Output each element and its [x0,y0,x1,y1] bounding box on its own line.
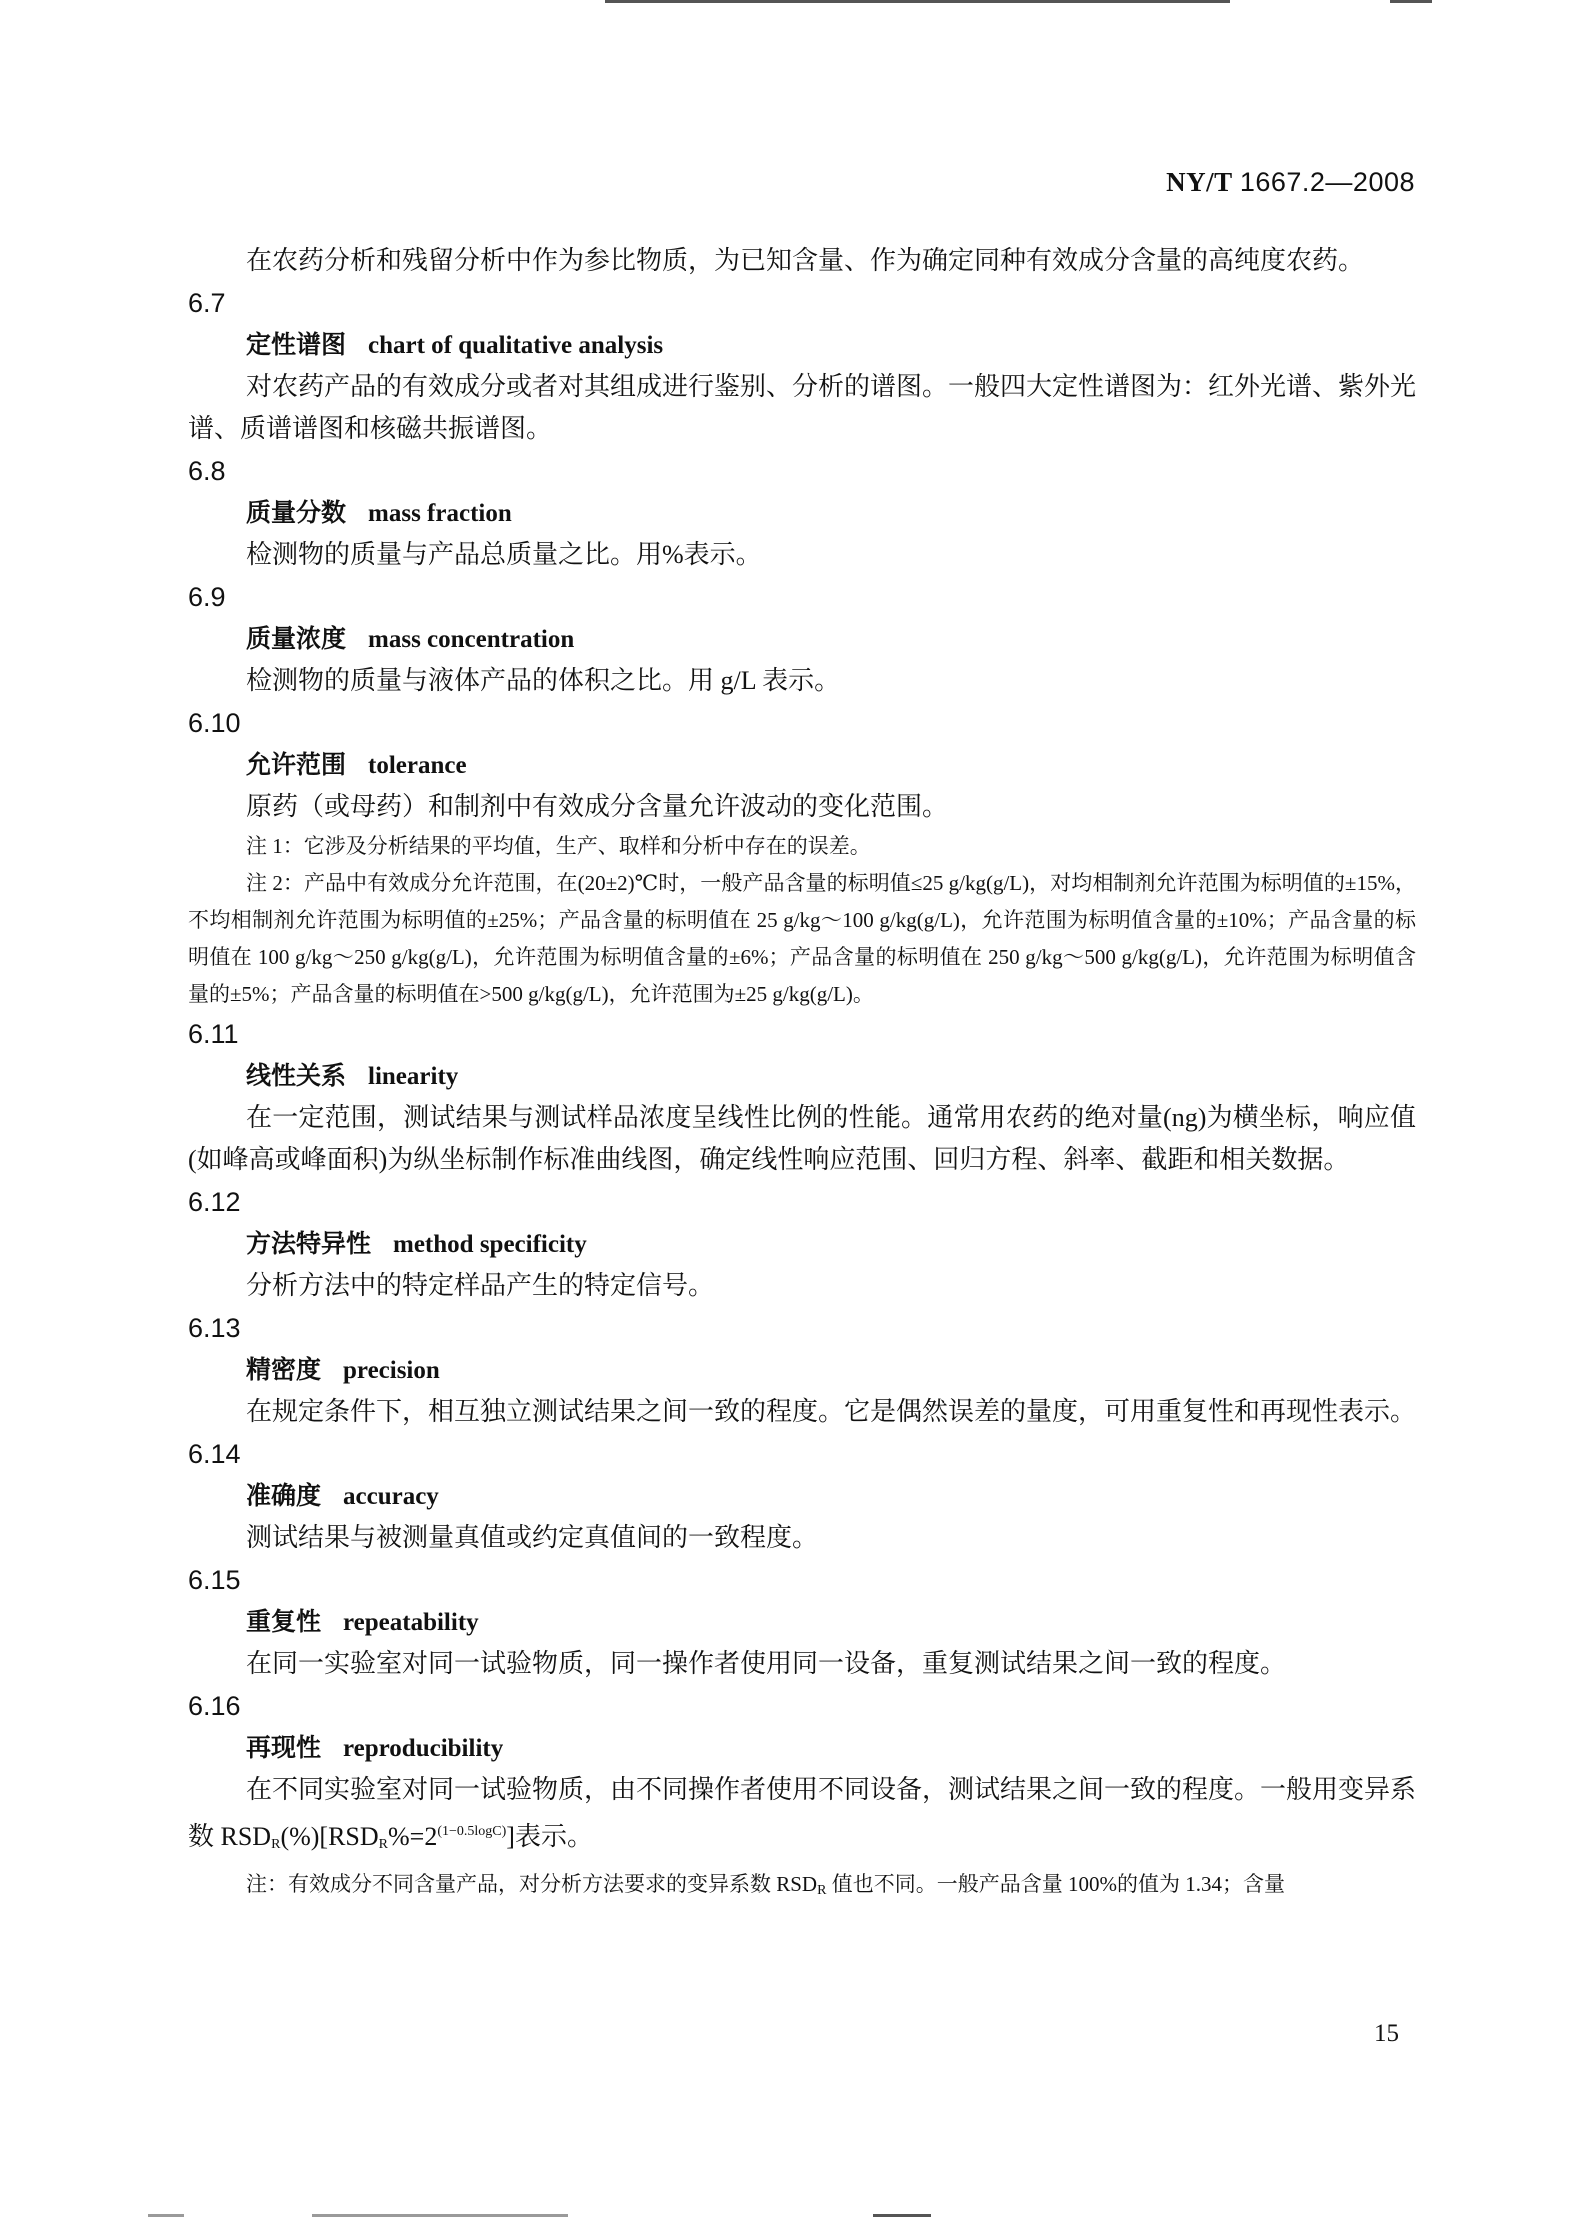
document-body: 在农药分析和残留分析中作为参比物质，为已知含量、作为确定同种有效成分含量的高纯度… [188,240,1416,1909]
term-heading: 精密度precision [188,1349,1416,1391]
term-heading: 定性谱图chart of qualitative analysis [188,324,1416,366]
definition: 分析方法中的特定样品产生的特定信号。 [188,1265,1416,1307]
note-1: 注 1：它涉及分析结果的平均值，生产、取样和分析中存在的误差。 [188,828,1416,865]
term-en: linearity [368,1063,458,1090]
page-number: 15 [1374,2020,1399,2048]
definition: 检测物的质量与液体产品的体积之比。用 g/L 表示。 [188,660,1416,702]
term-en: precision [343,1357,440,1384]
term-en: mass concentration [368,626,574,653]
term-heading: 质量分数mass fraction [188,492,1416,534]
definition: 在规定条件下，相互独立测试结果之间一致的程度。它是偶然误差的量度，可用重复性和再… [188,1391,1416,1433]
definition: 检测物的质量与产品总质量之比。用%表示。 [188,534,1416,576]
term-heading: 重复性repeatability [188,1601,1416,1643]
term-cn: 准确度 [246,1481,321,1510]
term-en: tolerance [368,752,467,779]
standard-prefix: NY/T [1166,167,1233,197]
section-number: 6.16 [188,1685,1416,1727]
definition: 原药（或母药）和制剂中有效成分含量允许波动的变化范围。 [188,786,1416,828]
term-heading: 线性关系linearity [188,1055,1416,1097]
standard-number: 1667.2—2008 [1240,167,1415,197]
term-heading: 准确度accuracy [188,1475,1416,1517]
formula-exponent: (1−0.5logC) [437,1824,506,1839]
term-cn: 方法特异性 [246,1229,371,1258]
bottom-scan-bar [312,2214,568,2217]
section-number: 6.10 [188,702,1416,744]
section-number: 6.13 [188,1307,1416,1349]
section-number: 6.14 [188,1433,1416,1475]
term-heading: 允许范围tolerance [188,744,1416,786]
term-cn: 质量分数 [246,498,346,527]
term-en: accuracy [343,1483,439,1510]
top-scan-bar-right [1390,0,1432,3]
term-cn: 允许范围 [246,750,346,779]
term-cn: 重复性 [246,1607,321,1636]
term-cn: 线性关系 [246,1061,346,1090]
top-scan-bar [605,0,1230,3]
section-number: 6.11 [188,1013,1416,1055]
definition: 测试结果与被测量真值或约定真值间的一致程度。 [188,1517,1416,1559]
section-number: 6.8 [188,450,1416,492]
term-heading: 方法特异性method specificity [188,1223,1416,1265]
term-en: chart of qualitative analysis [368,332,663,359]
section-number: 6.9 [188,576,1416,618]
term-cn: 再现性 [246,1733,321,1762]
bottom-scan-bar [148,2214,184,2217]
term-cn: 质量浓度 [246,624,346,653]
section-number: 6.7 [188,282,1416,324]
section-number: 6.15 [188,1559,1416,1601]
term-en: repeatability [343,1609,479,1636]
note-2: 注 2：产品中有效成分允许范围，在(20±2)℃时，一般产品含量的标明值≤25 … [188,865,1416,1013]
intro-paragraph: 在农药分析和残留分析中作为参比物质，为已知含量、作为确定同种有效成分含量的高纯度… [188,240,1416,282]
section-number: 6.12 [188,1181,1416,1223]
term-en: reproducibility [343,1735,503,1762]
definition: 对农药产品的有效成分或者对其组成进行鉴别、分析的谱图。一般四大定性谱图为：红外光… [188,366,1416,450]
bottom-scan-bar [873,2214,931,2217]
note: 注：有效成分不同含量产品，对分析方法要求的变异系数 RSDR 值也不同。一般产品… [188,1866,1416,1909]
term-cn: 定性谱图 [246,330,346,359]
term-en: mass fraction [368,500,512,527]
term-heading: 再现性reproducibility [188,1727,1416,1769]
definition: 在同一实验室对同一试验物质，同一操作者使用同一设备，重复测试结果之间一致的程度。 [188,1643,1416,1685]
definition-with-formula: 在不同实验室对同一试验物质，由不同操作者使用不同设备，测试结果之间一致的程度。一… [188,1769,1416,1866]
term-heading: 质量浓度mass concentration [188,618,1416,660]
standard-header: NY/T 1667.2—2008 [1166,167,1415,198]
term-cn: 精密度 [246,1355,321,1384]
term-en: method specificity [393,1231,587,1258]
definition: 在一定范围，测试结果与测试样品浓度呈线性比例的性能。通常用农药的绝对量(ng)为… [188,1097,1416,1181]
